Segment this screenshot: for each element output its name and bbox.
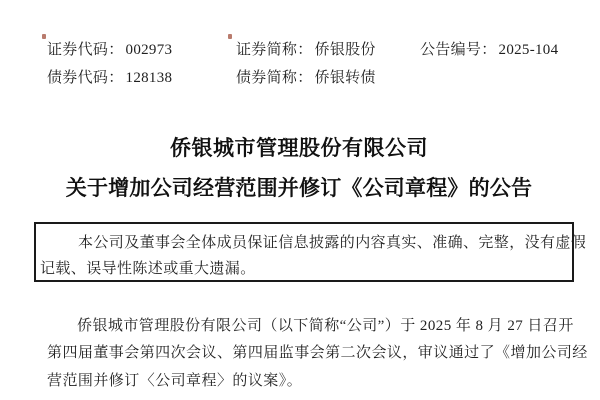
bond-abbr-label: 债券简称： xyxy=(236,70,313,86)
statement-line: 记载、误导性陈述或重大遗漏。 xyxy=(40,256,566,282)
announcement-number-field: 公告编号：2025-104 xyxy=(420,38,558,59)
securities-abbr-field: 证券简称：侨银股份 xyxy=(236,38,376,59)
securities-code-field: 证券代码：002973 xyxy=(47,38,172,59)
bond-code-field: 债券代码：128138 xyxy=(47,66,172,87)
company-name-title: 侨银城市管理股份有限公司 xyxy=(0,132,598,162)
announcement-number-value: 2025-104 xyxy=(499,42,559,58)
bond-abbr-field: 债券简称：侨银转债 xyxy=(236,66,376,87)
body-line: 第四届董事会第四次会议、第四届监事会第二次会议，审议通过了《增加公司经 xyxy=(47,340,592,367)
body-paragraph: 侨银城市管理股份有限公司（以下简称“公司”）于 2025 年 8 月 27 日召… xyxy=(47,313,592,395)
bond-code-label: 债券代码： xyxy=(47,70,124,86)
securities-code-value: 002973 xyxy=(126,42,173,58)
securities-abbr-label: 证券简称： xyxy=(236,42,313,58)
securities-code-label: 证券代码： xyxy=(47,42,124,58)
announcement-document: 证券代码：002973 证券简称：侨银股份 公告编号：2025-104 债券代码… xyxy=(0,0,600,400)
body-line: 侨银城市管理股份有限公司（以下简称“公司”）于 2025 年 8 月 27 日召… xyxy=(47,313,592,340)
red-marker-icon xyxy=(42,34,46,39)
bond-code-value: 128138 xyxy=(126,70,173,86)
red-marker-icon xyxy=(228,34,232,39)
body-line: 营范围并修订〈公司章程〉的议案》。 xyxy=(47,368,592,395)
disclosure-statement-box: 本公司及董事会全体成员保证信息披露的内容真实、准确、完整，没有虚假 记载、误导性… xyxy=(34,222,574,282)
announcement-number-label: 公告编号： xyxy=(420,42,497,58)
bond-abbr-value: 侨银转债 xyxy=(315,70,376,86)
announcement-title: 关于增加公司经营范围并修订《公司章程》的公告 xyxy=(0,172,598,202)
securities-abbr-value: 侨银股份 xyxy=(315,42,376,58)
statement-line: 本公司及董事会全体成员保证信息披露的内容真实、准确、完整，没有虚假 xyxy=(40,230,566,256)
